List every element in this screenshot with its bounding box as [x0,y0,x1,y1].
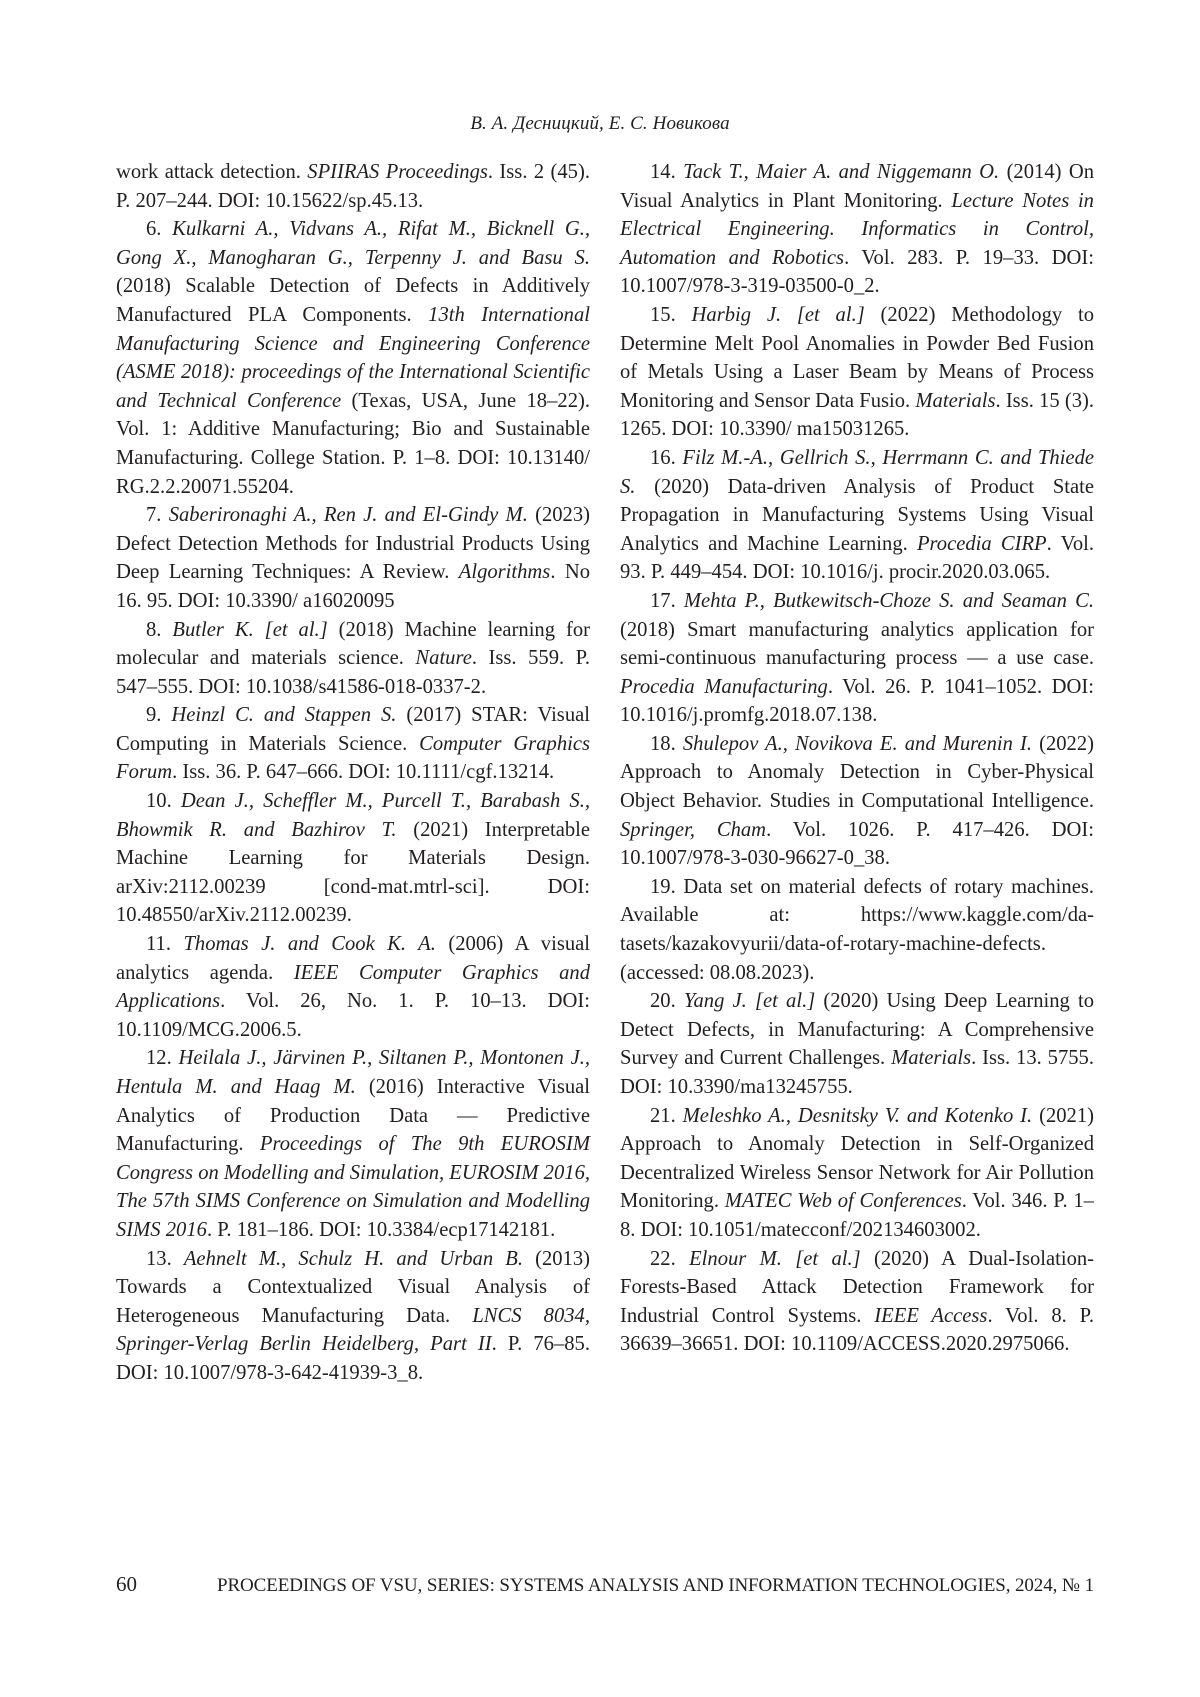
reference-text: 12. [146,1047,179,1069]
reference-italic-text: Harbig J. [et al.] [692,304,865,326]
running-head-authors: В. А. Десницкий, Е. С. Новикова [0,113,1200,135]
reference-entry: work attack detection. SPIIRAS Proceedin… [116,158,590,215]
reference-entry: 20. Yang J. [et al.] (2020) Using Deep L… [620,987,1094,1101]
reference-text: 6. [146,218,172,240]
reference-italic-text: Mehta P., Butkewitsch-Choze S. and Sea­m… [684,590,1094,612]
reference-text: 16. [650,447,682,469]
reference-text: 9. [146,704,171,726]
reference-italic-text: Tack T., Maier A. and Niggemann O. [683,161,999,183]
page-footer: 60 PROCEEDINGS OF VSU, SERIES: SYSTEMS A… [116,1572,1094,1597]
reference-entry: 18. Shulepov A., Novikova E. and Murenin… [620,730,1094,873]
reference-entry: 8. Butler K. [et al.] (2018) Machine lea… [116,616,590,702]
reference-entry: 16. Filz M.-A., Gellrich S., Herrmann C.… [620,444,1094,587]
reference-text: 22. [650,1248,689,1270]
reference-italic-text: Procedia Manufacturing [620,676,828,698]
reference-text: . Iss. 36. P. 647–666. DOI: 10.1111/cgf.… [172,761,554,783]
reference-italic-text: Heinzl C. and Stappen S. [171,704,396,726]
reference-italic-text: SPIIRAS Proceedings [307,161,488,183]
reference-text: 7. [146,504,169,526]
page-number: 60 [116,1572,176,1597]
reference-italic-text: MATEC Web of Conferences [725,1190,962,1212]
reference-entry: 7. Saberironaghi A., Ren J. and El-Gindy… [116,501,590,615]
reference-italic-text: Thomas J. and Cook K. A. [183,933,435,955]
reference-entry: 13. Aehnelt M., Schulz H. and Urban B. (… [116,1245,590,1388]
right-column: 14. Tack T., Maier A. and Niggemann O. (… [620,158,1094,1388]
reference-italic-text: Ma­terials [891,1047,971,1069]
reference-italic-text: Nature [415,647,471,669]
reference-text: 11. [146,933,183,955]
reference-italic-text: Shulepov A., Novikova E. and Murenin I. [683,733,1032,755]
reference-text: work attack detection. [116,161,307,183]
reference-text: 10. [146,790,181,812]
reference-italic-text: Aehnelt M., Schulz H. and Urban B. [184,1248,523,1270]
reference-text: 18. [650,733,683,755]
reference-italic-text: IEEE Ac­cess [874,1305,987,1327]
reference-text: 15. [650,304,692,326]
reference-italic-text: Materials [915,390,995,412]
reference-text: 21. [650,1105,683,1127]
reference-entry: 12. Heilala J., Järvinen P., Siltanen P.… [116,1044,590,1244]
left-column: work attack detection. SPIIRAS Proceedin… [116,158,590,1388]
reference-entry: 9. Heinzl C. and Stappen S. (2017) STAR:… [116,701,590,787]
reference-italic-text: Pro­cedia CIRP [917,533,1047,555]
reference-italic-text: Algorithms [459,561,551,583]
reference-list: work attack detection. SPIIRAS Proceedin… [116,158,1094,1388]
reference-text: (2018) Smart manufacturing analytics app… [620,619,1094,670]
reference-entry: 22. Elnour M. [et al.] (2020) A Dual-Iso… [620,1245,1094,1359]
reference-italic-text: Yang J. [et al.] [684,990,815,1012]
journal-title: PROCEEDINGS OF VSU, SERIES: SYSTEMS ANAL… [176,1575,1094,1597]
reference-text: 14. [650,161,683,183]
reference-italic-text: Elnour M. [et al.] [689,1248,861,1270]
reference-entry: 11. Thomas J. and Cook K. A. (2006) A vi… [116,930,590,1044]
reference-text: 17. [650,590,684,612]
reference-italic-text: Butler K. [et al.] [172,619,327,641]
reference-text: 20. [650,990,684,1012]
reference-entry: 14. Tack T., Maier A. and Niggemann O. (… [620,158,1094,301]
reference-entry: 21. Meleshko A., Desnitsky V. and Kotenk… [620,1102,1094,1245]
reference-italic-text: Springer, Cham [620,819,766,841]
reference-text: 19. Data set on material defects of rota… [620,876,1094,984]
reference-entry: 17. Mehta P., Butkewitsch-Choze S. and S… [620,587,1094,730]
reference-entry: 15. Harbig J. [et al.] (2022) Methodolog… [620,301,1094,444]
reference-entry: 6. Kulkarni A., Vidvans A., Rifat M., Bi… [116,215,590,501]
reference-italic-text: Saberironaghi A., Ren J. and El-Gindy M. [169,504,528,526]
reference-text: 13. [146,1248,184,1270]
reference-entry: 10. Dean J., Scheffler M., Purcell T., B… [116,787,590,930]
reference-italic-text: Kulkarni A., Vidvans A., Rifat M., Bickn… [116,218,590,269]
reference-italic-text: Meleshko A., Desnitsky V. and Kotenko I. [683,1105,1033,1127]
reference-entry: 19. Data set on material defects of rota… [620,873,1094,987]
reference-text: . P. 181–186. DOI: 10.3384/ecp17142181. [207,1219,555,1241]
reference-text: 8. [146,619,172,641]
